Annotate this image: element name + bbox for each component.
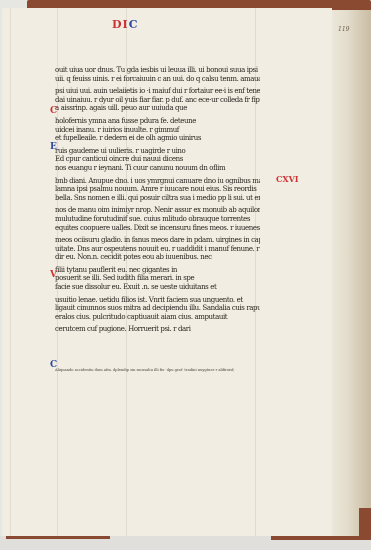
- text-line: uitate. Dns aur ospeutens nouuit eu. r u…: [55, 245, 260, 254]
- text-line: cerutcem cuf pugione. Horruerit psi. r d…: [55, 325, 260, 334]
- running-header-blue: C: [129, 18, 139, 31]
- text-line: bella. Sns nomen e illi. qui posuir cilt…: [55, 194, 260, 203]
- text-line: nos euangu r ieynani. Ti cuur canunu nou…: [55, 164, 260, 173]
- main-text-block: ouit uiua uor dnus. Tu gda iesbis ui leu…: [55, 66, 260, 334]
- chapter-numeral: CXVI: [276, 174, 299, 184]
- text-line: Ed cpur canticui oincre dui nauui dicens: [55, 155, 260, 164]
- running-header-red: DI: [112, 18, 129, 31]
- blue-initial: E: [50, 142, 57, 152]
- text-line: holofernis ymna ana fusse pdura fe. dete…: [55, 117, 260, 126]
- text-line: meos ociisuru gladio. in fanus meos dare…: [55, 236, 260, 245]
- text-line: psi uiui uui. auin uelaiietis io ·i maiu…: [55, 87, 260, 96]
- text-line: equites coopuere ualles. Dixit se incens…: [55, 224, 260, 233]
- text-line: bnb diani. Anupue dno. i uos ymrgnui can…: [55, 177, 260, 186]
- text-line: uidcei inanu. r iuirios inuulte. r gimmu…: [55, 126, 260, 135]
- margin-rule: [10, 8, 11, 538]
- text-line: et fupelleaile. r dedern ei de olh agmio…: [55, 134, 260, 143]
- text-line: usuitio lenae. uetidu filios ist. Vnrit …: [55, 296, 260, 305]
- text-line: ligauit cinunnos suos mitra ad decipiend…: [55, 304, 260, 313]
- text-line: mulutudine forutudinif sue. cuius mlitud…: [55, 215, 260, 224]
- chapter-marker: CXVI: [276, 174, 299, 184]
- page-fore-edge: [332, 10, 371, 538]
- text-line: uii. q feuiss uinis. r ei forcaiuuin c a…: [55, 75, 260, 84]
- text-line: filii tytanu pauflerit eu. nec gigantes …: [55, 266, 260, 275]
- bottom-gloss: Aliquando accidentiu ilum afm. dplendip …: [55, 368, 255, 372]
- running-header: DIC: [112, 18, 138, 31]
- text-line: a aissrinp. agais uill. peuo aur uuiuda …: [55, 104, 260, 113]
- red-initial: V: [50, 270, 57, 280]
- text-line: dai uinaiuu. r dyur oil yuis fiar fiar. …: [55, 96, 260, 105]
- text-line: posuerit se illi. Sed iudith filia merar…: [55, 274, 260, 283]
- book-cover-bottom: [0, 536, 371, 550]
- text-line: ruis gaudeme ui uulieris. r uagirde r ui…: [55, 147, 260, 156]
- text-line: nos de manu oim inimiyr nrop. Nenir assu…: [55, 206, 260, 215]
- red-initial: C: [50, 106, 57, 116]
- text-line: lamna ipsi psalmu nouum. Amre r iuucare …: [55, 185, 260, 194]
- text-line: facie sue dissolur eu. Exuit .n. se uest…: [55, 283, 260, 292]
- folio-number: 119: [338, 26, 349, 33]
- text-line: eralos cius. pulcritudo captiuauit aiam …: [55, 313, 260, 322]
- text-line: dir eu. Non.n. cecidit potes eou ab iuue…: [55, 253, 260, 262]
- text-line: ouit uiua uor dnus. Tu gda iesbis ui leu…: [55, 66, 260, 75]
